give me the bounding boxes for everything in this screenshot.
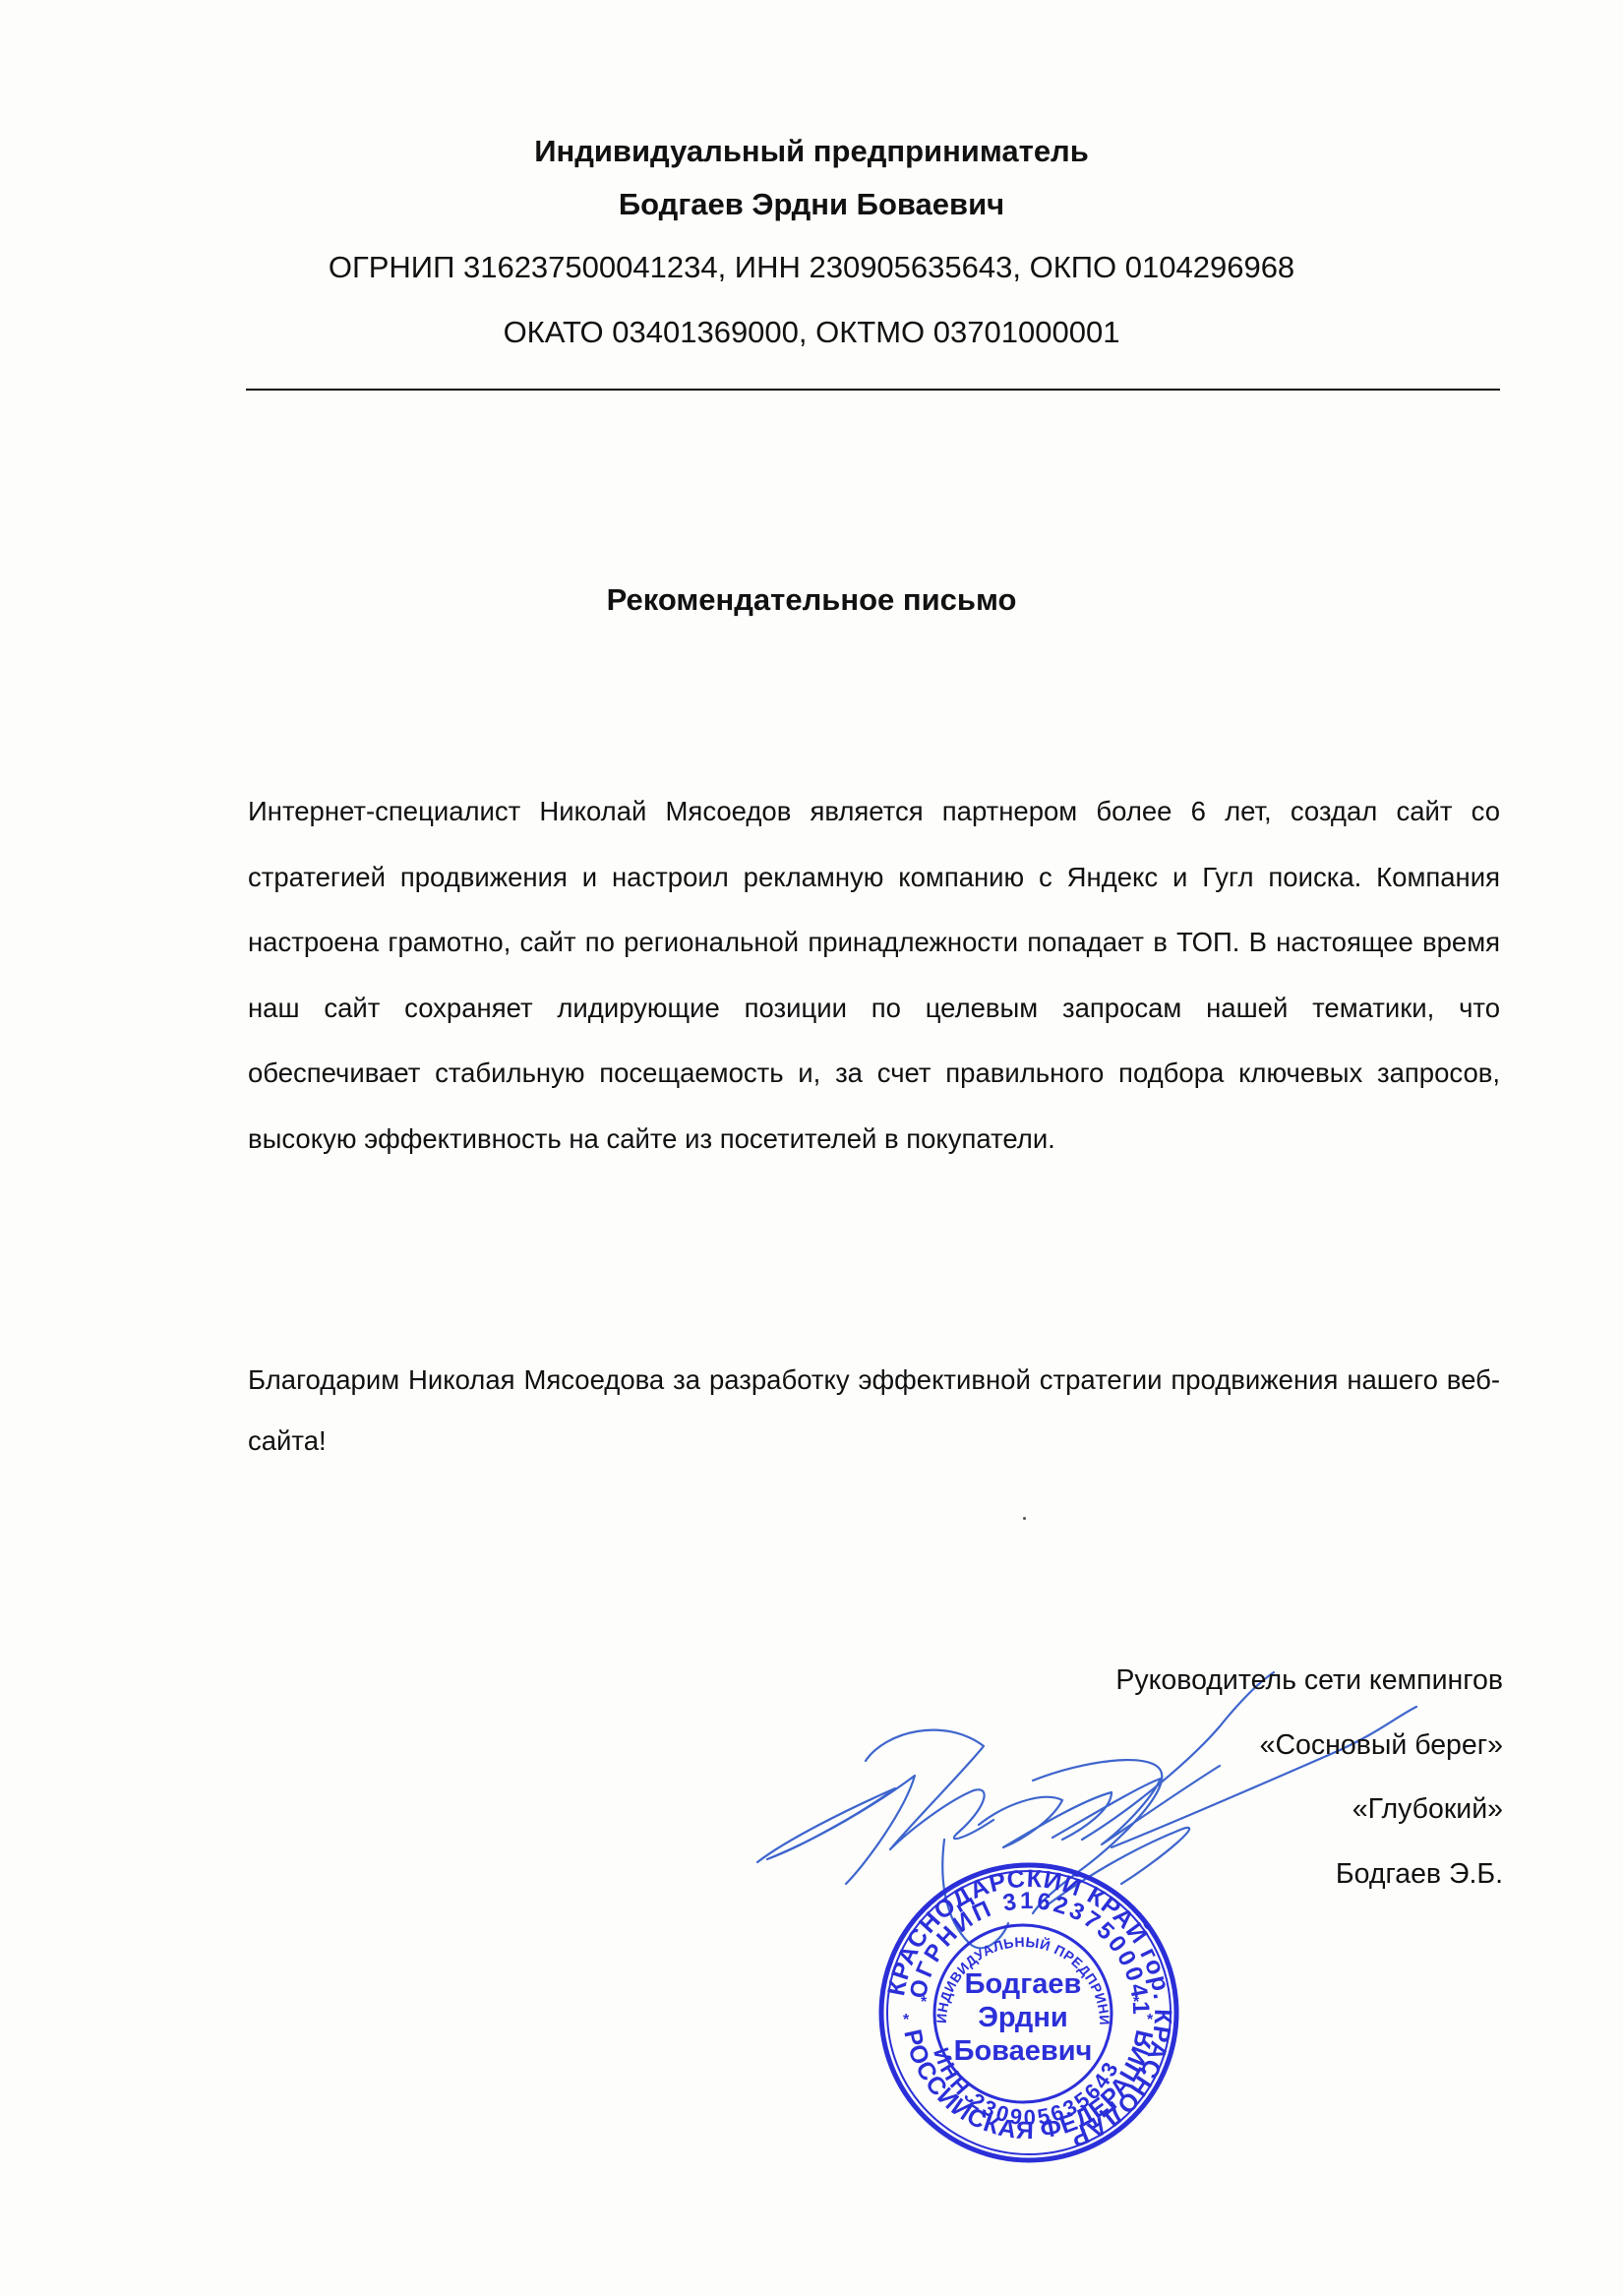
svg-text:*: * (1147, 2012, 1154, 2028)
svg-text:ИНДИВИДУАЛЬНЫЙ ПРЕДПРИНИМАТЕЛЬ: ИНДИВИДУАЛЬНЫЙ ПРЕДПРИНИМАТЕЛЬ (0, 0, 1112, 2025)
seal-ogrnip-text: ОГРНИП 316237500041234 (0, 0, 1154, 2018)
svg-text:*: * (921, 1994, 928, 2011)
svg-text:*: * (903, 2012, 910, 2028)
svg-text:ОГРНИП 316237500041234: ОГРНИП 316237500041234 (0, 0, 1154, 2018)
svg-text:*: * (1133, 1994, 1140, 2011)
seal-center-line-2: Эрдни (978, 2002, 1067, 2033)
seal-center-line-3: Боваевич (954, 2035, 1093, 2067)
company-seal: КРАСНОДАРСКИЙ КРАЙ гор. КРАСНОДАР РОССИЙ… (0, 0, 1623, 2296)
seal-center-line-1: Бодгаев (965, 1968, 1082, 2000)
seal-inner-text: ИНДИВИДУАЛЬНЫЙ ПРЕДПРИНИМАТЕЛЬ (0, 0, 1112, 2025)
